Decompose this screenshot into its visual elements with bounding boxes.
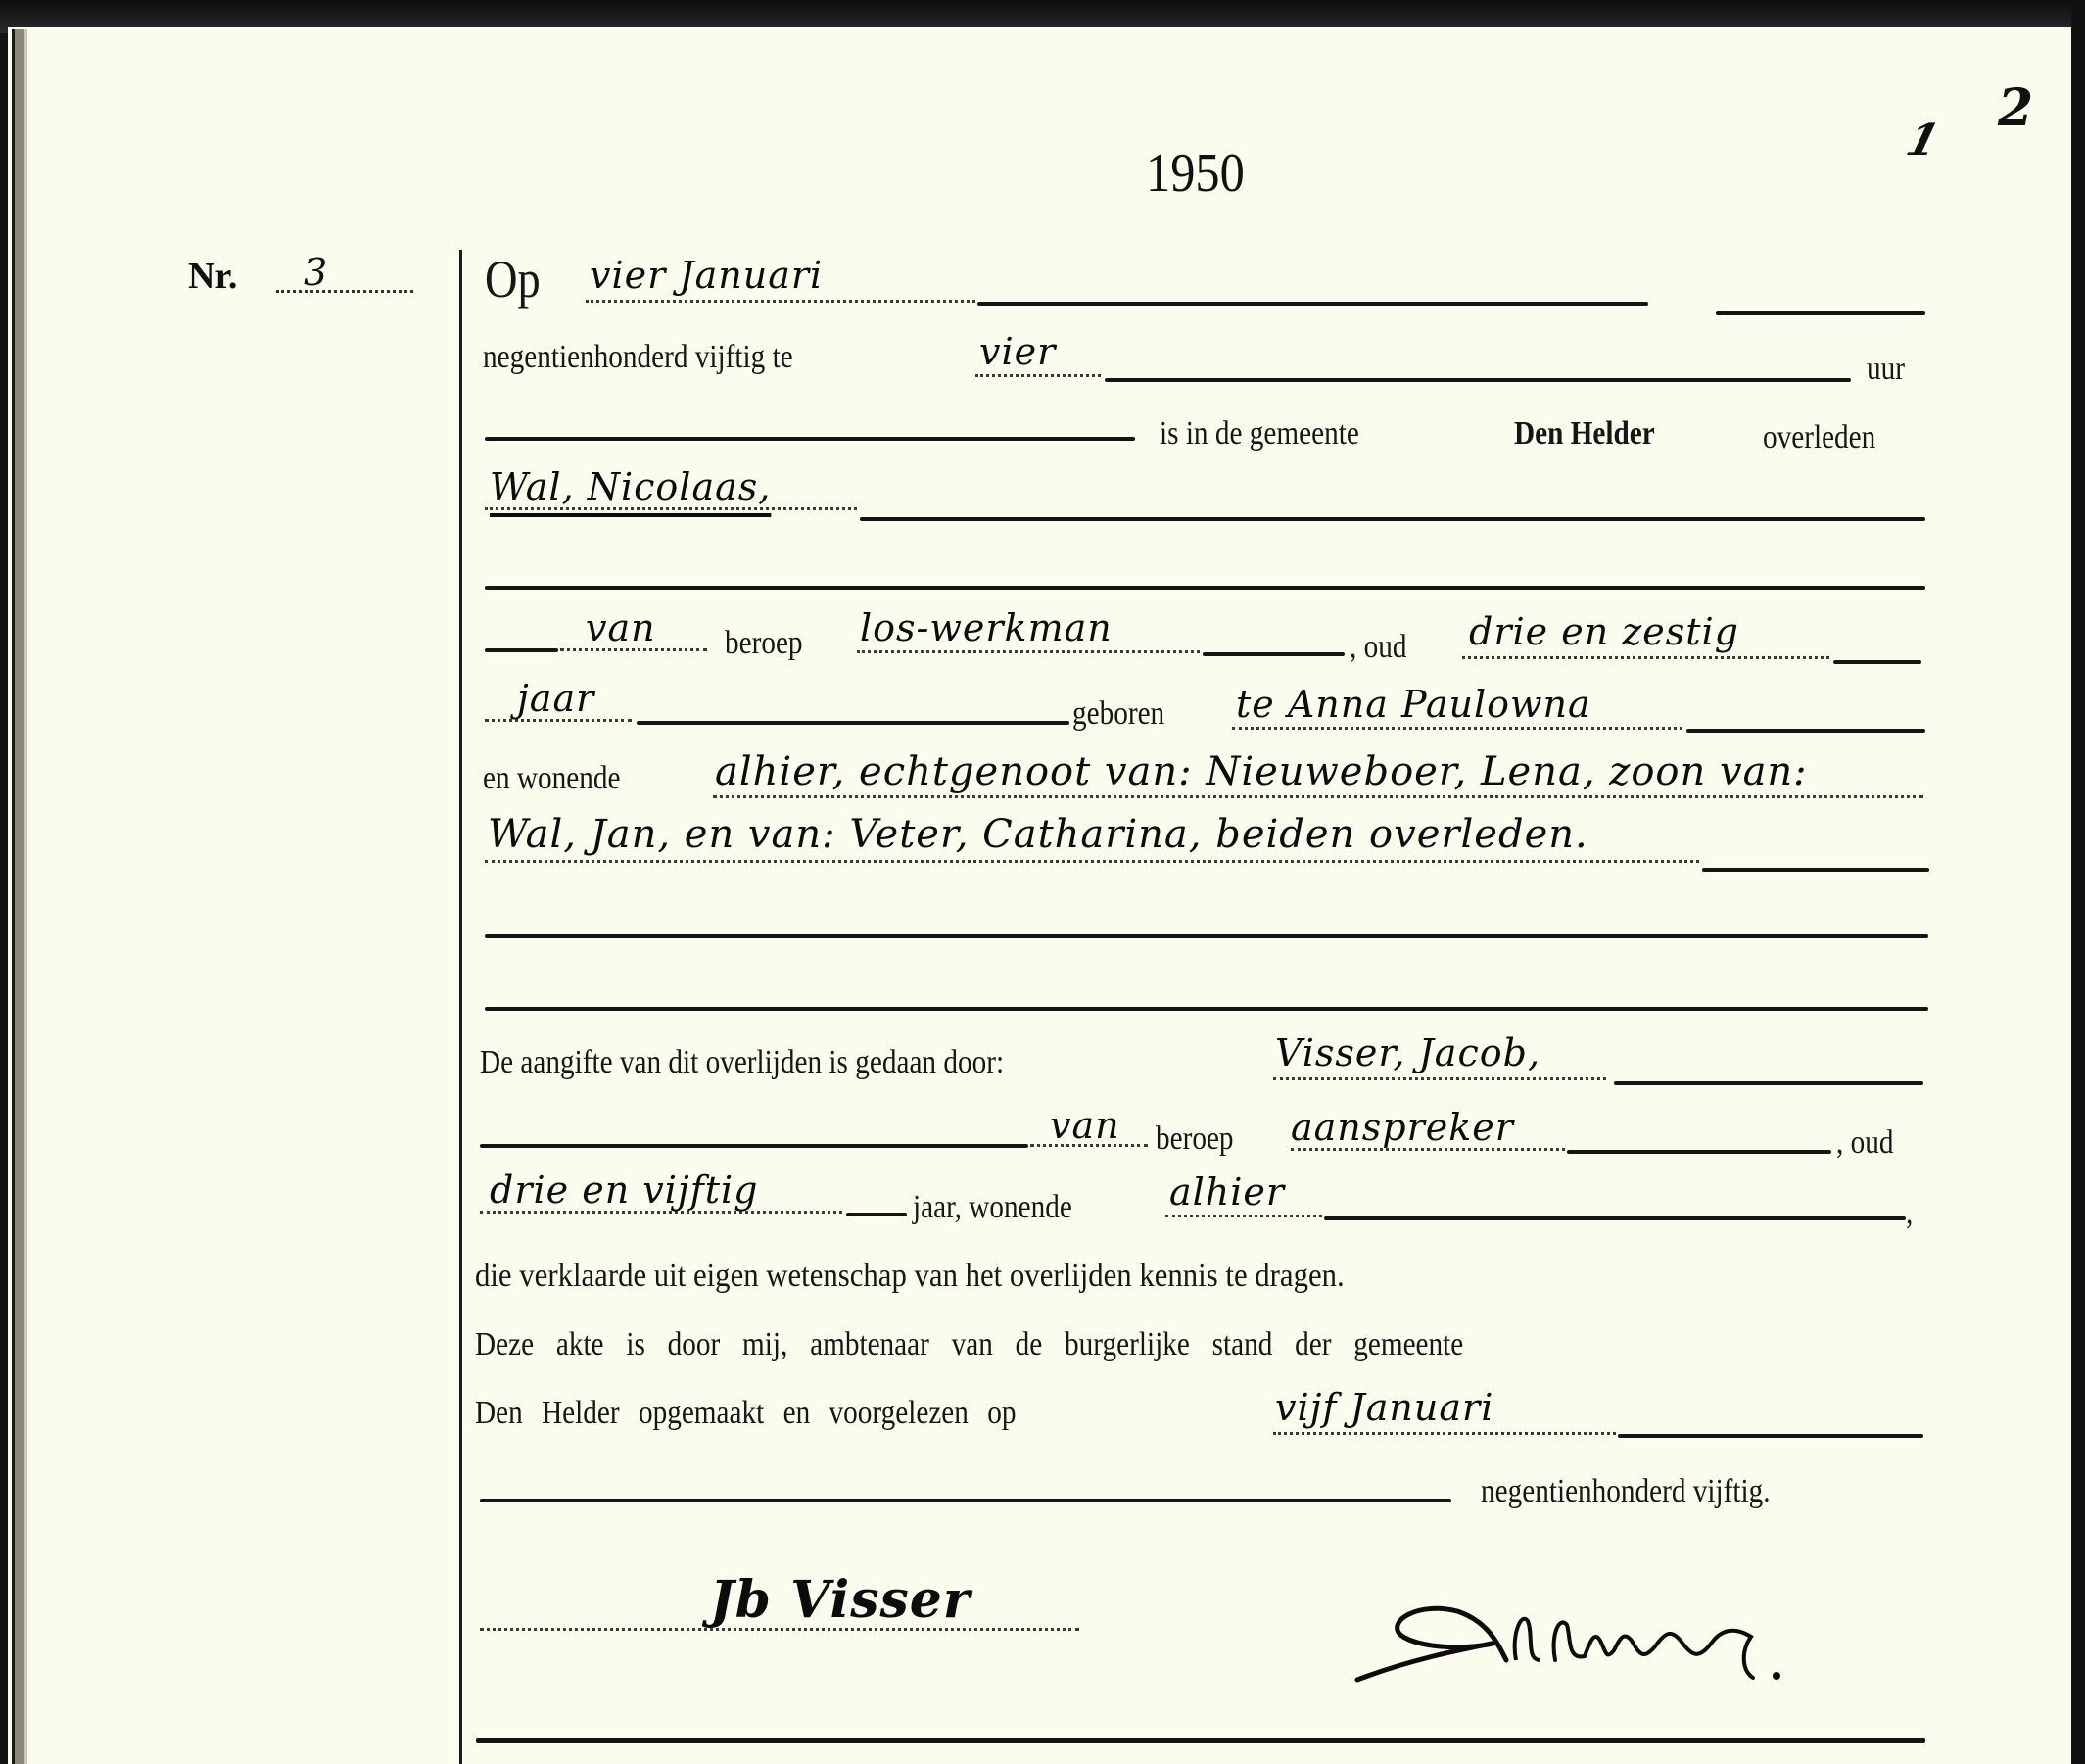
fill-rule <box>1702 868 1929 872</box>
fill-rule <box>1833 660 1921 664</box>
printed-comma: , <box>1906 1197 1913 1230</box>
informant-signature: Jb Visser <box>710 1575 971 1626</box>
hw-informant-van: van <box>1050 1107 1120 1144</box>
printed-overleden: overleden <box>1763 421 1875 454</box>
printed-line2: negentienhonderd vijftig te <box>483 341 793 374</box>
printed-beroep: beroep <box>725 627 803 660</box>
printed-verklaarde: die verklaarde uit eigen wetenschap van … <box>475 1260 1345 1293</box>
fill-rule <box>846 1213 907 1216</box>
printed-geboren: geboren <box>1072 697 1164 731</box>
printed-opgemaakt: Den Helder opgemaakt en voorgelezen op <box>475 1397 1016 1430</box>
hw-occupation: los-werkman <box>860 609 1113 646</box>
printed-line3: is in de gemeente <box>1160 417 1359 451</box>
printed-wonende: en wonende <box>483 762 620 795</box>
printed-oud-2: , oud <box>1836 1126 1893 1160</box>
hw-informant-age: drie en vijftig <box>490 1171 758 1209</box>
hw-van: van <box>586 609 656 646</box>
fill-dots <box>485 860 1699 863</box>
fill-rule <box>1614 1081 1923 1085</box>
fill-rule <box>480 1144 1028 1148</box>
official-signature <box>1350 1582 1859 1690</box>
hw-informant-residence: alhier <box>1169 1173 1285 1211</box>
fill-rule <box>485 586 1925 590</box>
printed-jaar-wonende: jaar, wonende <box>913 1191 1072 1224</box>
fill-rule <box>1567 1150 1831 1154</box>
hw-deceased-name: Wal, Nicolaas, <box>490 468 771 505</box>
fill-rule <box>1686 729 1925 733</box>
page-binding <box>12 29 27 1764</box>
hw-date-of-death: vier Januari <box>590 257 823 294</box>
printed-aangifte: De aangifte van dit overlijden is gedaan… <box>480 1046 1004 1079</box>
fill-rule <box>1203 652 1345 656</box>
fill-rule <box>485 437 1135 441</box>
hw-record-date: vijf Januari <box>1275 1389 1493 1426</box>
fill-rule <box>1716 311 1925 315</box>
printed-op: Op <box>485 253 541 306</box>
fill-dots <box>1165 1215 1322 1217</box>
hw-age: drie en zestig <box>1469 613 1739 650</box>
fill-dots <box>713 795 1923 798</box>
page-mark-2: 2 <box>1998 78 2033 138</box>
hw-informant: Visser, Jacob, <box>1275 1034 1540 1072</box>
printed-beroep-2: beroep <box>1156 1122 1234 1156</box>
record-number-label: Nr. <box>188 255 237 298</box>
fill-dots <box>1462 656 1829 659</box>
fill-rule <box>1324 1216 1906 1220</box>
printed-deze-akte: Deze akte is door mij, ambtenaar van de … <box>475 1328 1463 1361</box>
hw-hour: vier <box>979 333 1056 370</box>
fill-rule <box>1618 1434 1923 1438</box>
fill-rule <box>480 1499 1451 1502</box>
fill-rule <box>485 1007 1928 1011</box>
margin-rule <box>459 250 462 1764</box>
hw-residence-line1: alhier, echtgenoot van: Nieuweboer, Lena… <box>715 752 1808 791</box>
register-year: 1950 <box>1146 142 1245 205</box>
hw-jaar: jaar <box>517 680 594 717</box>
hw-informant-occupation: aanspreker <box>1291 1109 1514 1146</box>
municipality-name: Den Helder <box>1514 417 1655 451</box>
fill-rule <box>485 648 558 652</box>
fill-rule <box>637 721 1069 725</box>
scan-right-edge <box>2071 0 2085 1764</box>
record-number: 3 <box>304 251 327 294</box>
fill-dots <box>1273 1077 1606 1080</box>
bottom-rule <box>476 1738 1925 1743</box>
fill-dots <box>857 650 1200 653</box>
fill-dots <box>1232 727 1682 730</box>
printed-closing: negentienhonderd vijftig. <box>1481 1475 1771 1508</box>
fill-rule <box>1105 378 1851 382</box>
record-number-dots <box>276 290 413 293</box>
printed-oud: , oud <box>1350 631 1406 664</box>
hw-birthplace: te Anna Paulowna <box>1236 686 1591 723</box>
fill-dots <box>975 374 1101 377</box>
hw-residence-line2: Wal, Jan, en van: Veter, Catharina, beid… <box>488 815 1588 854</box>
fill-rule <box>977 302 1648 306</box>
fill-rule <box>860 517 1925 521</box>
fill-dots <box>586 300 975 303</box>
fill-dots <box>1273 1432 1616 1435</box>
printed-uur: uur <box>1867 353 1905 386</box>
fill-rule <box>485 934 1928 938</box>
